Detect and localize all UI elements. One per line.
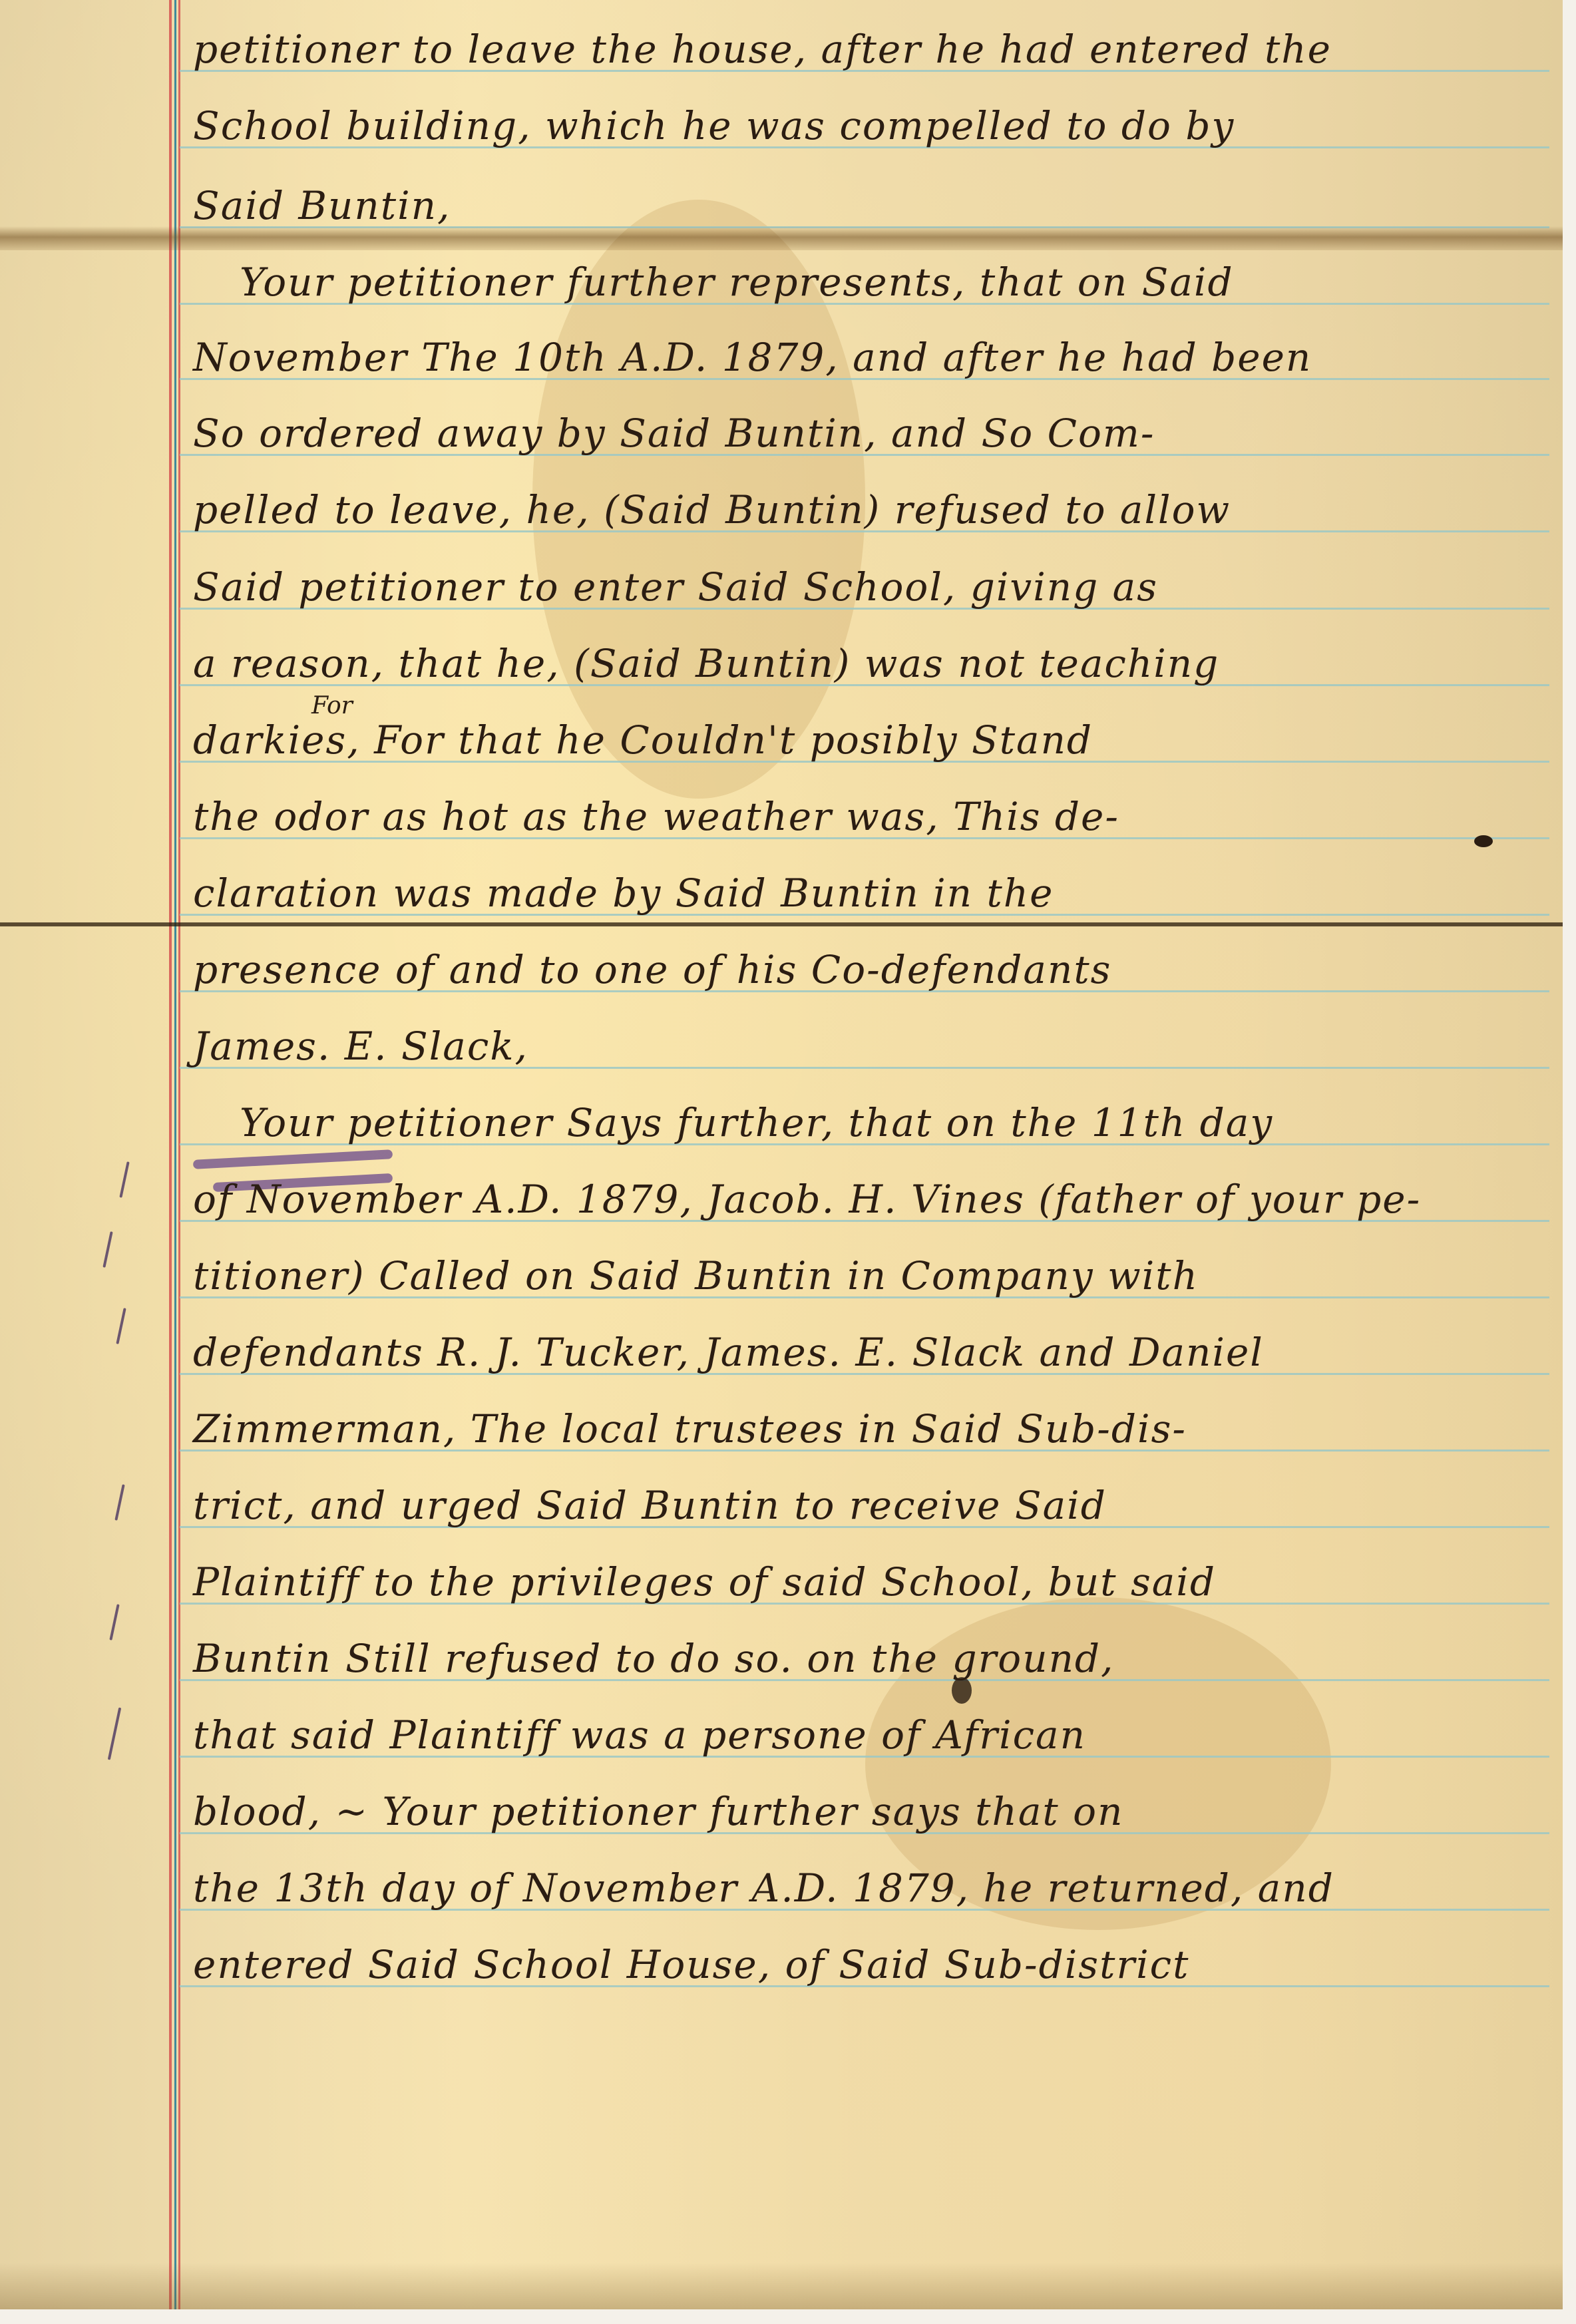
text-line: James. E. Slack, bbox=[193, 1027, 1536, 1065]
text-line: claration was made by Said Buntin in the bbox=[193, 874, 1536, 912]
text-line: Said petitioner to enter Said School, gi… bbox=[193, 568, 1536, 606]
margin-tick-mark bbox=[102, 1231, 112, 1268]
text-line: entered Said School House, of Said Sub-d… bbox=[193, 1945, 1536, 1984]
text-line: So ordered away by Said Buntin, and So C… bbox=[193, 414, 1536, 453]
text-line: presence of and to one of his Co-defenda… bbox=[193, 950, 1536, 989]
text-line: darkies, For that he Couldn't posibly St… bbox=[193, 721, 1536, 759]
text-line: a reason, that he, (Said Buntin) was not… bbox=[193, 644, 1536, 683]
margin-line-red bbox=[178, 0, 180, 2309]
text-line: Said Buntin, bbox=[193, 186, 1536, 225]
text-line: School building, which he was compelled … bbox=[193, 106, 1536, 145]
text-line: the odor as hot as the weather was, This… bbox=[193, 797, 1536, 836]
margin-line-blue bbox=[174, 0, 176, 2309]
text-line: Plaintiff to the privileges of said Scho… bbox=[193, 1563, 1536, 1601]
text-line: blood, ~ Your petitioner further says th… bbox=[193, 1792, 1536, 1831]
margin-tick-mark bbox=[119, 1161, 129, 1198]
text-line: the 13th day of November A.D. 1879, he r… bbox=[193, 1869, 1536, 1907]
document-page: petitioner to leave the house, after he … bbox=[0, 0, 1563, 2309]
margin-line-red bbox=[169, 0, 172, 2309]
text-line: November The 10th A.D. 1879, and after h… bbox=[193, 338, 1536, 377]
text-line: titioner) Called on Said Buntin in Compa… bbox=[193, 1257, 1536, 1295]
text-line: Zimmerman, The local trustees in Said Su… bbox=[193, 1410, 1536, 1448]
purple-underline bbox=[193, 1149, 393, 1169]
text-line: petitioner to leave the house, after he … bbox=[193, 30, 1536, 69]
text-line: defendants R. J. Tucker, James. E. Slack… bbox=[193, 1333, 1536, 1372]
text-line: pelled to leave, he, (Said Buntin) refus… bbox=[193, 490, 1536, 529]
text-line: of November A.D. 1879, Jacob. H. Vines (… bbox=[193, 1180, 1536, 1219]
text-line: trict, and urged Said Buntin to receive … bbox=[193, 1486, 1536, 1525]
margin-tick-mark bbox=[114, 1484, 124, 1521]
text-line: Buntin Still refused to do so. on the gr… bbox=[193, 1639, 1536, 1678]
paper-fold bbox=[0, 922, 1563, 926]
margin-tick-mark bbox=[116, 1308, 126, 1344]
ink-blot bbox=[952, 1677, 972, 1704]
margin-tick-mark bbox=[108, 1707, 122, 1760]
inserted-word: For bbox=[311, 692, 353, 719]
text-line: Your petitioner Says further, that on th… bbox=[193, 1103, 1536, 1142]
text-line: Your petitioner further represents, that… bbox=[193, 263, 1536, 301]
ink-blot bbox=[1474, 835, 1493, 847]
text-line: that said Plaintiff was a persone of Afr… bbox=[193, 1716, 1536, 1754]
paper-fold bbox=[0, 226, 1563, 250]
margin-tick-mark bbox=[109, 1604, 119, 1641]
